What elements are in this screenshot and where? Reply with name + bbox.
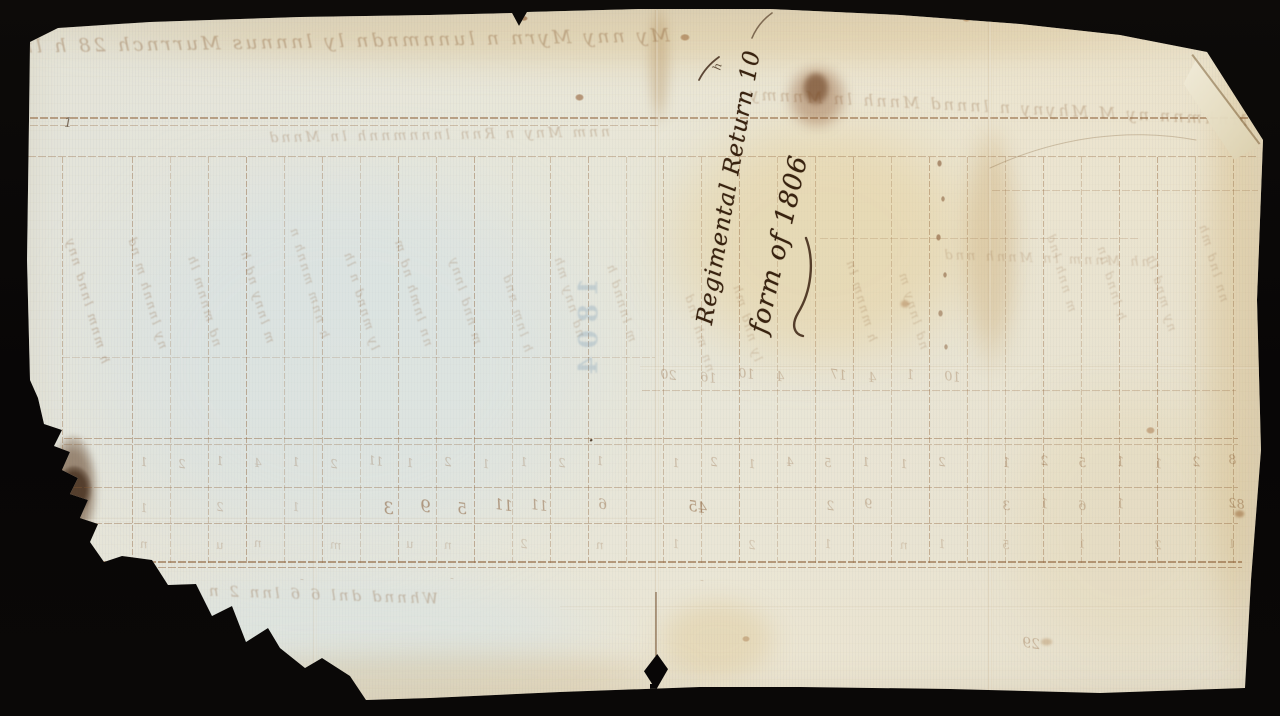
bleedthrough-cell-mark: 6 — [597, 496, 608, 513]
bleedthrough-cell-mark: 17 — [829, 367, 847, 384]
bleedthrough-column-header: h nnm mnnh n — [277, 191, 342, 373]
edge-vignette — [0, 0, 1280, 716]
table-line-vertical — [512, 157, 513, 563]
bleedthrough-cell-mark: n — [899, 538, 909, 553]
bleedthrough-script-line: My nny Myrn n lunnmndn ly lnnnus Murrnch… — [30, 24, 670, 57]
table-line-vertical — [626, 157, 627, 563]
stain — [962, 128, 1020, 373]
stain — [938, 310, 943, 317]
bleedthrough-cell-mark: 1 — [899, 457, 909, 472]
stain — [742, 636, 750, 642]
stain — [648, 6, 670, 126]
bleedthrough-cell-mark: 1 — [1153, 456, 1163, 472]
bleedthrough-cell-mark: 2 — [709, 455, 719, 470]
bleedthrough-cell-mark: 1 — [291, 455, 301, 470]
stain — [786, 66, 848, 130]
bleedthrough-cell-mark: 2 — [519, 537, 529, 552]
stain — [937, 160, 942, 167]
bleedthrough-column-header: nd lnny m — [887, 241, 940, 380]
bleedthrough-cell-mark: 4 — [867, 370, 877, 386]
table-line-horizontal — [64, 444, 1238, 445]
bleedthrough-cell-mark: 2 — [177, 457, 187, 472]
bleedthrough-cell-mark: 2 — [747, 538, 757, 553]
bleedthrough-cell-mark: - — [449, 571, 455, 585]
bleedthrough-column-header: ny mnd lh — [1138, 232, 1185, 351]
bleedthrough-column-header: h lnnd nn — [1087, 217, 1137, 346]
table-line-vertical — [474, 157, 475, 563]
bleedthrough-cell-mark: n — [443, 538, 453, 553]
paper-watermark-1804: 1804 — [574, 278, 604, 448]
table-line-vertical — [701, 157, 702, 563]
table-line-horizontal — [62, 357, 655, 358]
table-line-vertical — [663, 157, 664, 563]
bleedthrough-cell-mark: 5 — [823, 456, 833, 471]
bleedthrough-cell-mark: 5 — [1077, 455, 1087, 471]
table-line-horizontal — [28, 156, 1258, 157]
bleedthrough-cell-mark: n — [139, 537, 149, 552]
bleedthrough-cell-mark: 11 — [529, 497, 549, 515]
bleedthrough-cell-mark: 1 — [905, 367, 915, 383]
bleedthrough-cell-mark: 45 — [687, 497, 708, 517]
table-line-vertical — [132, 157, 133, 563]
stain — [575, 94, 584, 101]
bleedthrough-cell-mark: 2 — [1191, 454, 1201, 470]
folded-corner-flap — [1180, 50, 1270, 162]
crease-arc — [990, 135, 1196, 168]
table-line-vertical — [436, 157, 437, 563]
ink-flourish-tick — [699, 57, 719, 80]
bleedthrough-cell-mark: 2 — [825, 498, 835, 514]
paper-crack — [655, 592, 657, 656]
table-line-vertical — [1005, 157, 1006, 563]
stain — [56, 466, 92, 514]
stain — [72, 572, 632, 688]
bleedthrough-cell-mark: 29 — [1021, 635, 1041, 653]
bleedthrough-cell-mark: 9 — [419, 496, 433, 517]
endorsement-line2: form of 1806 — [744, 152, 814, 336]
bleedthrough-cell-mark: 20 — [659, 367, 677, 384]
bleedthrough-cell-mark: 4 — [785, 455, 795, 470]
stain — [652, 598, 782, 684]
bleedthrough-column-header: nn lnd mh — [1193, 212, 1235, 312]
bleedthrough-cell-mark: u — [405, 537, 415, 552]
table-line-vertical — [322, 157, 323, 563]
stain — [943, 272, 947, 278]
bleedthrough-script-line: nh Mnnm ln Mnnh nnd — [850, 245, 1150, 270]
bleedthrough-cell-mark: 1 — [405, 456, 415, 471]
table-line-horizontal — [48, 567, 1242, 568]
bleedthrough-cell-mark: 2 — [1039, 453, 1049, 469]
laid-paper-texture — [0, 0, 1280, 716]
bleedthrough-script-line: nnm Mny n Rnn lnnnmnnh ln Mnnd — [180, 124, 610, 148]
table-line-vertical — [1119, 157, 1120, 563]
ink-flourish-top-mark — [752, 13, 772, 38]
bleedthrough-cell-mark: 1 — [823, 537, 833, 552]
stain — [52, 516, 84, 546]
fold-crease-vertical — [313, 300, 317, 700]
bleedthrough-cell-mark: 1 — [1115, 496, 1125, 512]
bleedthrough-cell-mark: - — [299, 572, 305, 586]
stain — [802, 72, 830, 106]
document-paper: My nny Myrn n lunnmndn ly lnnnus Murrnch… — [0, 0, 1280, 716]
bleedthrough-cell-mark: u — [215, 538, 225, 553]
bleedthrough-cell-mark: 1 — [1115, 454, 1125, 470]
scan-background: My nny Myrn n lunnmndn ly lnnnus Murrnch… — [0, 0, 1280, 716]
stain — [180, 648, 700, 708]
table-line-vertical — [170, 157, 171, 563]
ink-flourish-swash — [794, 238, 811, 336]
table-line-vertical — [967, 157, 968, 563]
table-line-horizontal — [30, 117, 1260, 119]
table-line-horizontal — [30, 125, 660, 126]
bleedthrough-cell-mark: n — [253, 536, 263, 551]
ink-mark: 1 — [64, 116, 72, 131]
bleedthrough-cell-mark: 11 — [367, 453, 384, 469]
table-line-horizontal — [64, 438, 1238, 439]
table-line-vertical — [62, 157, 63, 563]
table-line-vertical — [891, 157, 892, 563]
bleedthrough-cell-mark: 1 — [671, 537, 681, 552]
stain — [936, 234, 941, 241]
bleedthrough-cell-mark: 5 — [456, 498, 469, 518]
table-line-vertical — [360, 157, 361, 563]
bleedthrough-cell-mark: 10 — [737, 366, 755, 383]
bleedthrough-cell-mark: n — [595, 538, 605, 553]
stain — [60, 156, 630, 586]
stain — [520, 16, 528, 21]
bleedthrough-column-header: m nnh lnd — [1038, 212, 1085, 331]
bleedthrough-cell-mark: 2 — [557, 456, 567, 471]
bleedthrough-cell-mark: 3 — [382, 498, 396, 519]
stain — [941, 196, 945, 202]
table-line-vertical — [398, 157, 399, 563]
table-line-horizontal — [642, 390, 1236, 391]
bleedthrough-cell-mark: 1 — [139, 501, 149, 516]
bleedthrough-cell-mark: - — [699, 573, 705, 587]
bleedthrough-cell-mark: 1 — [291, 500, 301, 515]
stain — [900, 300, 910, 308]
fold-crease-horizontal — [640, 366, 1260, 370]
bleedthrough-cell-mark: 3 — [1001, 498, 1011, 514]
table-line-vertical — [1081, 157, 1082, 563]
table-line-vertical — [815, 157, 816, 563]
table-line-horizontal — [992, 190, 1258, 191]
fold-crease-horizontal — [560, 606, 1256, 610]
bleedthrough-cell-mark: 9 — [863, 496, 873, 512]
table-line-vertical — [739, 157, 740, 563]
bleedthrough-cell-mark: 1 — [937, 537, 947, 552]
table-line-vertical — [1233, 157, 1234, 563]
bleedthrough-script-line: Mnhmnn ny M Mhyny n lnnnd Mnnh ln Mnnmy — [688, 81, 1248, 129]
fold-crease-vertical — [655, 10, 659, 650]
bleedthrough-cell-mark: 1 — [481, 457, 491, 472]
ink-flourish — [0, 0, 1280, 716]
bleedthrough-cell-mark: 1 — [861, 455, 871, 470]
bleedthrough-cell-mark: 8 — [1227, 452, 1237, 468]
table-line-horizontal — [64, 487, 1238, 488]
bleedthrough-cell-mark: 82 — [1227, 496, 1245, 513]
bleedthrough-cell-mark: 1 — [1227, 537, 1237, 552]
bleedthrough-column-header: m nnd lnny — [437, 223, 494, 376]
stain — [26, 6, 1262, 70]
bleedthrough-cell-mark: 4 — [253, 456, 263, 471]
bleedthrough-cell-mark: 5 — [1001, 538, 1011, 553]
table-line-horizontal — [820, 238, 1140, 239]
torn-corner-fragment — [1189, 11, 1224, 49]
fold-crease-horizontal — [28, 518, 655, 522]
table-line-vertical — [929, 157, 930, 563]
stain — [962, 16, 971, 22]
bleedthrough-script-line: Whnnd dnl 6 6 lnn 2 n — [108, 578, 438, 608]
bleedthrough-column-header: h mnnm ln — [834, 226, 890, 374]
table-line-horizontal — [64, 523, 1238, 524]
stain — [48, 436, 98, 546]
table-line-vertical — [1195, 157, 1196, 563]
bleedthrough-cell-mark: 10 — [943, 369, 961, 386]
bleedthrough-column-header: h lnm nnd — [492, 245, 544, 379]
table-line-vertical — [208, 157, 209, 563]
table-line-vertical — [853, 157, 854, 563]
table-line-horizontal — [48, 561, 1242, 563]
bleedthrough-cell-mark: 4 — [775, 369, 785, 385]
bleedthrough-cell-mark: 2 — [937, 455, 947, 470]
bleedthrough-column-header: nn lnmh nd m — [383, 206, 446, 378]
table-line-vertical — [1157, 157, 1158, 563]
bleedthrough-cell-mark: 2 — [329, 457, 339, 472]
stain — [680, 34, 690, 41]
bleedthrough-cell-mark: 1 — [139, 455, 149, 470]
bleedthrough-cell-mark: 6 — [1077, 498, 1087, 514]
bleedthrough-cell-mark: 2 — [215, 500, 225, 515]
stain — [944, 344, 948, 350]
fold-crease-vertical — [988, 8, 992, 712]
table-line-vertical — [550, 157, 551, 563]
bleedthrough-column-header: ny lnnnh m nd — [114, 196, 182, 388]
bleedthrough-cell-mark: m — [329, 537, 342, 552]
bleedthrough-cell-mark: 2 — [1153, 538, 1163, 553]
bleedthrough-column-header: nd mnnm lh — [174, 214, 237, 386]
bleedthrough-cell-mark: 1 — [519, 455, 529, 470]
stain — [990, 380, 1262, 675]
bleedthrough-cell-mark: 1 — [671, 456, 681, 471]
bleedthrough-column-header: m lnny nd h — [229, 219, 286, 372]
bleedthrough-cell-mark: 1 — [747, 457, 757, 472]
bleedthrough-cell-mark: 1 — [215, 454, 225, 469]
stain — [1040, 638, 1053, 646]
diamond-hole-base — [650, 684, 657, 702]
bleedthrough-cell-mark: 2 — [443, 455, 453, 470]
ink-mark: h — [710, 62, 724, 72]
bleedthrough-cell-mark: 11 — [493, 495, 514, 515]
bleedthrough-cell-mark: 1 — [1077, 537, 1087, 552]
stain — [646, 118, 996, 376]
bleedthrough-cell-mark: 1 — [1039, 496, 1049, 512]
table-line-vertical — [246, 157, 247, 563]
bleedthrough-cell-mark: 16 — [699, 370, 717, 387]
stain — [1234, 510, 1245, 518]
bleedthrough-column-header: h mnm lnnd nny — [52, 197, 124, 403]
bleedthrough-cell-mark: 1 — [595, 454, 605, 469]
bleedthrough-column-header: ly mnnd n lh — [332, 219, 392, 382]
table-line-vertical — [1043, 157, 1044, 563]
stain — [1146, 427, 1155, 434]
bleedthrough-cell-mark: 1 — [1001, 455, 1011, 471]
table-line-vertical — [284, 157, 285, 563]
